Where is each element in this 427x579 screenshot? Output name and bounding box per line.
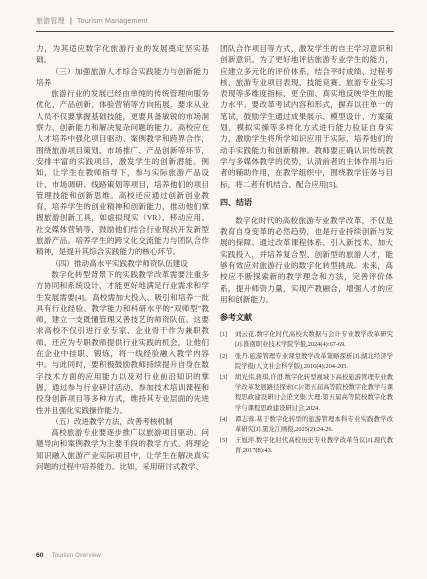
reference-text: 谭志蓉.基于数字化转型的旅游管理本科专业实践教学改革研究[J].黑龙江画报,20… — [235, 415, 393, 435]
left-column: 力，为其适应数字化旅游行业的发展奠定坚实基础。 （三）加强旅游人才综合实践能力与… — [36, 43, 209, 472]
reference-item: [4] 谭志蓉.基于数字化转型的旅游管理本科专业实践教学改革研究[J].黑龙江画… — [220, 415, 393, 435]
subheading-section-4: （四）推动高水平实践教学师资队伍建设 — [36, 258, 209, 269]
paragraph-section-3: 旅游行业的发展已经由单纯的传统管理向服务优化、产品创新、体验营销等方向拓展，要求… — [36, 88, 209, 257]
reference-number: [2] — [220, 352, 235, 362]
reference-text: 王旭萍.数字化时代高校历史专业教学改革刍议[J].现代教育,2017(8):43… — [235, 436, 393, 456]
subheading-section-5: （五）改进教学方法，改善考核机制 — [36, 416, 209, 427]
reference-text: 胡光伟,蒋琪,许澄.数字化转型视域下高校旅游管理专业教学改革发展路径探索[C]/… — [235, 373, 393, 414]
references-heading: 参考文献 — [220, 313, 393, 323]
reference-number: [1] — [220, 330, 235, 340]
paragraph-continuation: 团队合作项目等方式，激发学生的自主学习意识和创新意识。为了更好地评估旅游专业学生… — [220, 43, 393, 190]
page-number: 60 — [36, 552, 44, 559]
journal-page: 旅游管理 | Tourism Management 力，为其适应数字化旅游行业的… — [0, 0, 427, 579]
conclusion-paragraph: 数字化时代的高校旅游专业教学改革，不仅是教育自身变革的必然趋势，也是行业持续创新… — [220, 215, 393, 305]
section-label-en: Tourism Management — [77, 18, 148, 25]
page-footer: 60 Tourism Overview — [36, 552, 101, 559]
right-column: 团队合作项目等方式，激发学生的自主学习意识和创新意识。为了更好地评估旅游专业学生… — [220, 43, 393, 472]
paragraph-continuation: 力，为其适应数字化旅游行业的发展奠定坚实基础。 — [36, 43, 209, 66]
reference-number: [5] — [220, 436, 235, 446]
page-content: 旅游管理 | Tourism Management 力，为其适应数字化旅游行业的… — [36, 16, 394, 472]
journal-name: Tourism Overview — [52, 552, 101, 559]
header-rule — [36, 31, 394, 32]
paragraph-section-5: 高校旅游专业要逐步推广以旅游项目驱动、问题导向和案例教学为主要手段的教学方式。将… — [36, 427, 209, 472]
references-list: [1] 刘云花.数字化时代高校大数据与会计专业教学改革研究[J].淮南职业技术学… — [220, 330, 393, 456]
reference-item: [2] 张丹.旅游管理专业课堂教学改革策略探析[J].湖北经济学院学报(人文社会… — [220, 352, 393, 372]
header-divider-icon: | — [70, 18, 72, 25]
page-header: 旅游管理 | Tourism Management — [36, 16, 394, 26]
subheading-section-3: （三）加强旅游人才综合实践能力与创新能力培养 — [36, 66, 209, 89]
reference-item: [3] 胡光伟,蒋琪,许澄.数字化转型视域下高校旅游管理专业教学改革发展路径探索… — [220, 373, 393, 414]
reference-number: [4] — [220, 415, 235, 425]
two-column-layout: 力，为其适应数字化旅游行业的发展奠定坚实基础。 （三）加强旅游人才综合实践能力与… — [36, 43, 394, 472]
reference-number: [3] — [220, 373, 235, 383]
reference-text: 张丹.旅游管理专业课堂教学改革策略探析[J].湖北经济学院学报(人文社会科学版)… — [235, 352, 393, 372]
section-label-zh: 旅游管理 — [36, 16, 65, 26]
conclusion-heading: 四、结语 — [220, 198, 393, 208]
paragraph-section-4: 数字化转型背景下的实践教学改革需要注重多方协同和系统设计，才能更好地满足行业需求… — [36, 269, 209, 416]
reference-item: [1] 刘云花.数字化时代高校大数据与会计专业教学改革研究[J].淮南职业技术学… — [220, 330, 393, 350]
reference-item: [5] 王旭萍.数字化时代高校历史专业教学改革刍议[J].现代教育,2017(8… — [220, 436, 393, 456]
reference-text: 刘云花.数字化时代高校大数据与会计专业教学改革研究[J].淮南职业技术学院学报,… — [235, 330, 393, 350]
